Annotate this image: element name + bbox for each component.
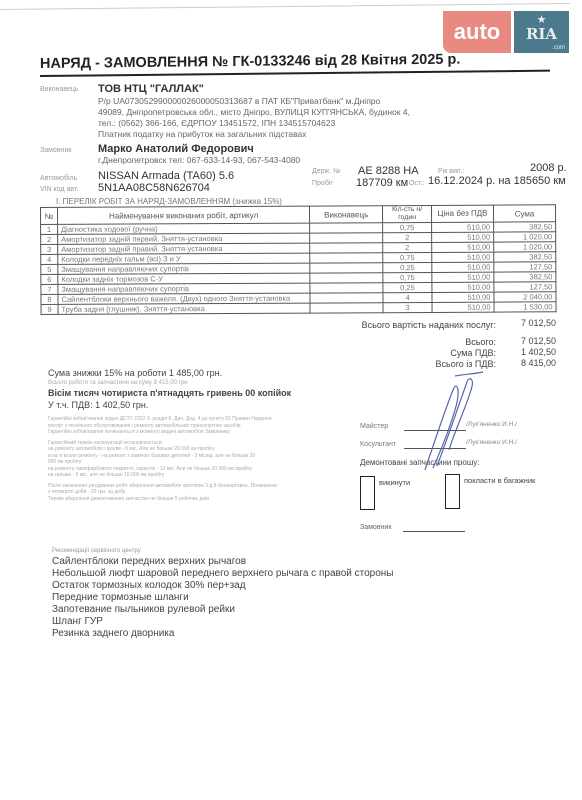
row-executor (310, 303, 383, 313)
row-executor (310, 263, 383, 273)
row-sum: 382,50 (494, 252, 556, 262)
col-number: № (41, 207, 58, 224)
row-executor (310, 273, 383, 283)
recommendation-item: Шланг ГУР (52, 616, 394, 628)
total-label: Всього: (465, 337, 496, 347)
row-price: 510,00 (432, 272, 494, 282)
row-hours: 4 (383, 292, 432, 302)
consultant-label: Косультант (360, 441, 396, 448)
row-sum: 1 020,00 (494, 232, 556, 242)
customer-signature-label: Замовник (360, 524, 391, 531)
customer-name: Марко Анатолий Федорович (98, 143, 254, 155)
works-table: № Найменування виконаних робіт, артикул … (40, 204, 557, 315)
row-hours: 0,75 (383, 272, 432, 282)
row-sum: 127,50 (494, 262, 556, 272)
customer-signature-line (403, 531, 465, 532)
scan-edge (0, 3, 570, 10)
recommendation-item: Небольшой люфт шаровой переднего верхнег… (52, 568, 394, 580)
col-name: Найменування виконаних робіт, артикул (57, 206, 309, 224)
row-sum: 382,50 (494, 222, 556, 232)
row-hours: 0,75 (383, 252, 432, 262)
fine-print-line: Термін зберігання демонтованих запчастин… (48, 496, 277, 503)
row-number: 3 (41, 244, 58, 254)
row-hours: 0,25 (383, 282, 432, 292)
autoria-logo-auto: auto (443, 11, 511, 53)
row-price: 510,00 (432, 292, 494, 302)
row-price: 510,00 (432, 232, 494, 242)
contractor-address: 49089, Дніпропетровська обл., місто Дніп… (98, 107, 410, 117)
terms-fine-print: Гарантійні зобов'язання згідно ДСТУ 2322… (48, 416, 277, 502)
fine-print-line: а на ті вузли ремонту - на ремонт з замі… (48, 453, 277, 460)
row-executor (310, 233, 383, 243)
row-price: 510,00 (432, 222, 494, 232)
recommendation-item: Резинка заднего дворника (52, 628, 394, 640)
row-hours: 0,75 (383, 222, 432, 232)
autoria-logo-ria: ★ RIA .com (514, 11, 569, 53)
vat-value: 1 402,50 (521, 347, 556, 357)
contractor-label: Виконавець (40, 86, 79, 93)
master-label: Майстер (360, 423, 388, 430)
row-executor (310, 283, 383, 293)
year-value: 2008 р. (530, 162, 567, 174)
row-executor (310, 243, 383, 253)
customer-label: Замовник (40, 147, 71, 154)
table-row: 9Труба задня (глушник). Зняття-установка… (41, 302, 556, 315)
services-total-label: Всього вартість наданих послуг: (362, 320, 496, 330)
last-service-value: 16.12.2024 р. на 185650 км (428, 175, 566, 187)
car-model: NISSAN Armada (TA60) 5.6 (98, 170, 234, 182)
row-number: 6 (41, 274, 58, 284)
col-sum: Сума (493, 205, 555, 222)
com-text: .com (514, 44, 569, 52)
row-number: 1 (41, 224, 58, 234)
customer-contact: г.Днепропетровск тел: 067-633-14-93, 067… (98, 155, 300, 165)
row-sum: 127,50 (494, 282, 556, 292)
car-label: Автомобіль (40, 175, 77, 182)
row-price: 510,00 (432, 282, 494, 292)
vin-label: VIN код авт. (40, 186, 78, 193)
row-sum: 1 020,00 (494, 242, 556, 252)
recommendations-list: Сайлентблоки передних верхних рычаговНеб… (52, 556, 394, 640)
last-service-label: Ост.: (409, 180, 424, 187)
works-section-title: I. ПЕРЕЛІК РОБІТ ЗА НАРЯД-ЗАМОВЛЕННЯМ (з… (56, 197, 282, 206)
vin-value: 5N1AA08C58N626704 (98, 182, 210, 194)
row-hours: 2 (383, 232, 432, 242)
mileage-label: Пробіг (312, 180, 333, 187)
year-label: Рік вип.: (438, 168, 465, 175)
row-hours: 3 (383, 302, 432, 312)
contractor-name: ТОВ НТЦ "ГАЛЛАК" (98, 83, 204, 95)
row-price: 510,00 (432, 302, 494, 312)
services-total-value: 7 012,50 (521, 318, 556, 328)
row-number: 8 (41, 294, 58, 304)
row-executor (310, 293, 383, 303)
sum-note: Всього роботи та запчастини на суму 8 41… (48, 380, 188, 386)
sum-in-words: Вісім тисяч чотириста п'ятнадцять гривен… (48, 388, 291, 398)
grand-total-label: Всього із ПДВ: (436, 359, 496, 369)
grand-total-value: 8 415,00 (521, 358, 556, 368)
row-work-name: Сайлентблоки верхнього важеля. (Двух) од… (58, 293, 310, 304)
discard-checkbox[interactable] (360, 476, 375, 510)
col-price: Ціна без ПДВ (431, 205, 493, 222)
recommendation-item: Запотевание пыльников рулевой рейки (52, 604, 394, 616)
row-price: 510,00 (432, 262, 494, 272)
plate-value: AE 8288 HA (358, 165, 419, 177)
recommendation-item: Остаток тормозных колодок 30% пер+зад (52, 580, 394, 592)
row-sum: 1 530,00 (494, 302, 556, 312)
row-sum: 382,50 (494, 272, 556, 282)
col-hours: Кіл-сть н/годин (383, 205, 432, 222)
contractor-tax: Платник податку на прибуток на загальних… (98, 129, 307, 139)
row-price: 510,00 (432, 252, 494, 262)
row-sum: 2 040,00 (494, 292, 556, 302)
row-number: 4 (41, 254, 58, 264)
row-hours: 0,25 (383, 262, 432, 272)
row-executor (310, 223, 383, 233)
vat-included: У т.ч. ПДВ: 1 402,50 грн. (48, 400, 148, 410)
row-executor (310, 253, 383, 263)
document-title: НАРЯД - ЗАМОВЛЕННЯ № ГК-0133246 від 28 К… (40, 52, 461, 72)
vat-label: Сума ПДВ: (450, 348, 496, 358)
handwritten-signature (395, 370, 485, 480)
fine-print-line: Гарантійні зобов'язання згідно ДСТУ 2322… (48, 416, 277, 423)
plate-label: Держ. № (312, 168, 341, 175)
recommendation-item: Сайлентблоки передних верхних рычагов (52, 556, 394, 568)
total-value: 7 012,50 (521, 336, 556, 346)
col-executor: Виконавець (310, 206, 383, 223)
row-work-name: Труба задня (глушник). Зняття-установка (58, 303, 310, 314)
row-number: 5 (41, 264, 58, 274)
row-number: 9 (41, 304, 58, 314)
mileage-value: 187709 км (356, 177, 408, 189)
contractor-account: Р/р UA073052990000026000050313687 в ПАТ … (98, 96, 380, 106)
ria-text: RIA (526, 25, 557, 43)
row-price: 510,00 (432, 242, 494, 252)
recommendation-item: Передние тормозные шланги (52, 592, 394, 604)
row-number: 7 (41, 284, 58, 294)
row-number: 2 (41, 234, 58, 244)
recommendations-label: Рекомендації сервісного центру (52, 548, 141, 554)
contractor-phone: тел.: (0562) 366-166, ЄДРПОУ 13451572, І… (98, 118, 335, 128)
row-hours: 2 (383, 242, 432, 252)
discount-text: Сума знижки 15% на роботи 1 485,00 грн. (48, 368, 222, 378)
